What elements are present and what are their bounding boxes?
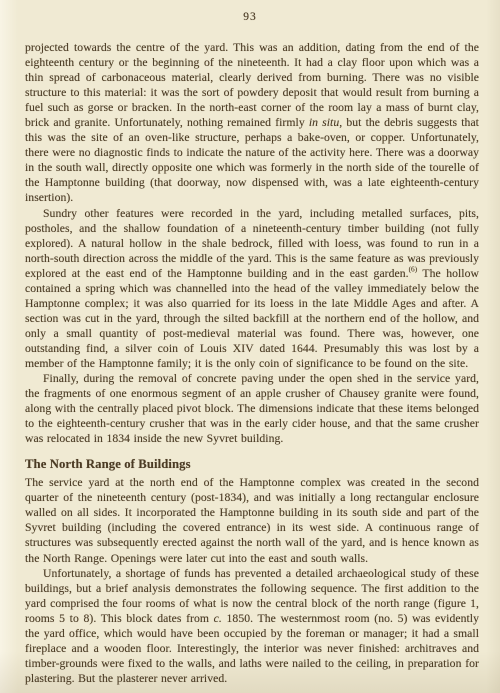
paragraph-service-yard: The service yard at the north end of the…	[25, 475, 479, 565]
paragraph-apple-crusher: Finally, during the removal of concrete …	[25, 371, 479, 446]
scanned-book-page: 93 projected towards the centre of the y…	[0, 0, 500, 693]
text-run: Finally, during the removal of concrete …	[25, 372, 479, 445]
page-number: 93	[0, 0, 500, 23]
text-run: , but the debris suggests that this was …	[25, 116, 479, 204]
page-text-block: projected towards the centre of the yard…	[25, 40, 479, 686]
footnote-marker: (6)	[409, 264, 418, 273]
text-run: c.	[214, 612, 222, 625]
paragraph-north-range-sequence: Unfortunately, a shortage of funds has p…	[25, 566, 479, 686]
paragraph-sundry-features: Sundry other features were recorded in t…	[25, 206, 479, 372]
text-run: The hollow contained a spring which was …	[25, 267, 479, 370]
text-run: in situ	[309, 116, 339, 129]
section-heading-north-range: The North Range of Buildings	[25, 457, 479, 472]
paragraph-yard-addition: projected towards the centre of the yard…	[25, 40, 479, 206]
text-run: The service yard at the north end of the…	[25, 476, 479, 564]
